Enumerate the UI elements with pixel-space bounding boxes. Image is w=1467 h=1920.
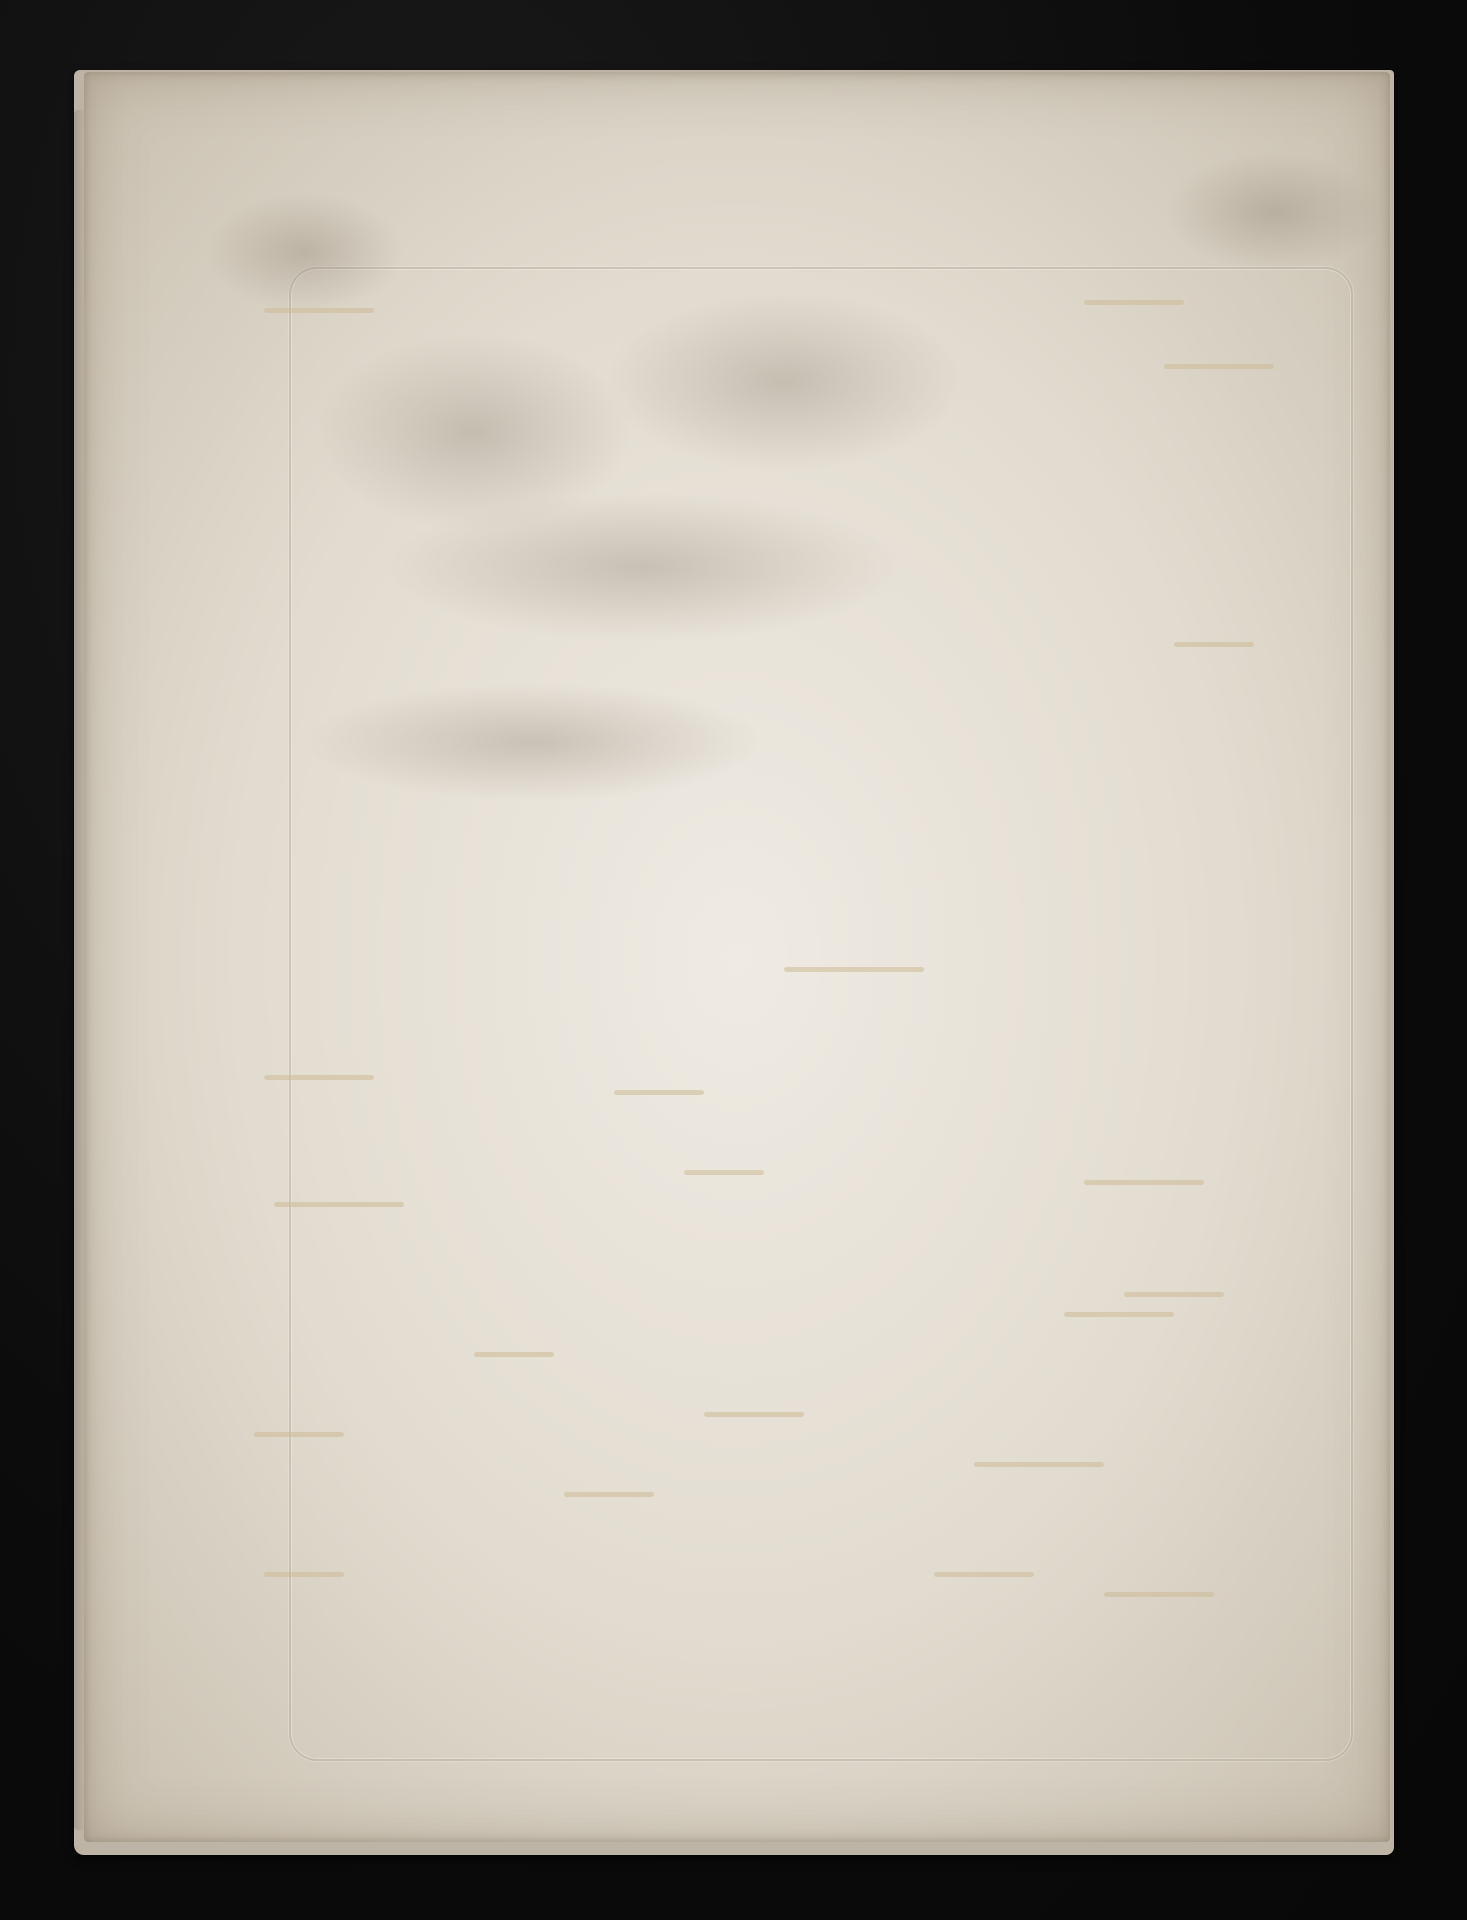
- offset-stain: [1164, 152, 1384, 272]
- offset-mark: [934, 1572, 1034, 1577]
- offset-stain: [204, 192, 404, 312]
- offset-mark: [1164, 364, 1274, 369]
- paper-sheet: [84, 72, 1390, 1842]
- offset-mark: [1124, 1292, 1224, 1297]
- offset-mark: [974, 1462, 1104, 1467]
- offset-mark: [1064, 1312, 1174, 1317]
- offset-stain: [384, 492, 904, 642]
- offset-mark: [474, 1352, 554, 1357]
- offset-mark: [1104, 1592, 1214, 1597]
- offset-mark: [264, 1075, 374, 1080]
- offset-stain: [304, 682, 764, 802]
- offset-mark: [264, 1572, 344, 1577]
- offset-mark: [614, 1090, 704, 1095]
- offset-mark: [1084, 300, 1184, 305]
- offset-stain: [604, 292, 964, 472]
- offset-mark: [784, 967, 924, 972]
- offset-mark: [704, 1412, 804, 1417]
- offset-mark: [264, 308, 374, 313]
- offset-mark: [1084, 1180, 1204, 1185]
- offset-mark: [684, 1170, 764, 1175]
- offset-mark: [254, 1432, 344, 1437]
- offset-mark: [274, 1202, 404, 1207]
- offset-mark: [1174, 642, 1254, 647]
- offset-mark: [564, 1492, 654, 1497]
